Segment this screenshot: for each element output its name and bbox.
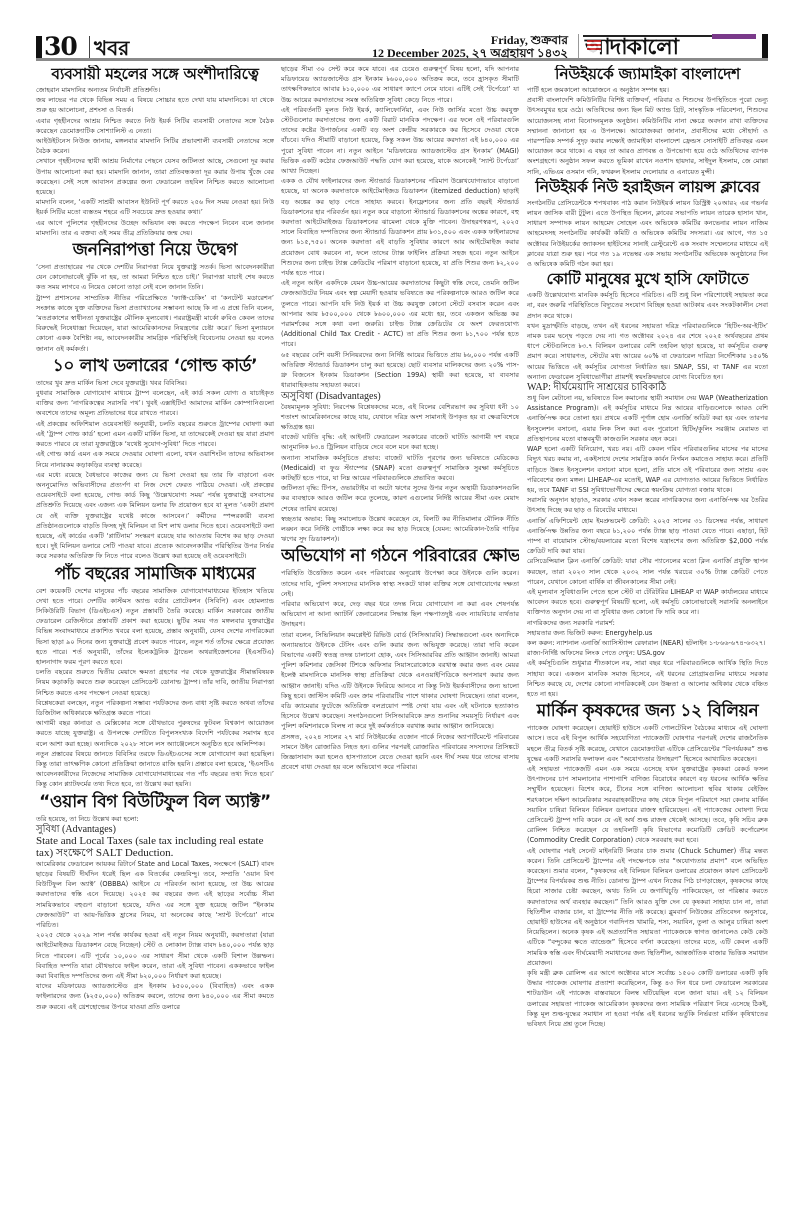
article-paragraph: একক ও যৌথ ফাইলারদের জন্য স্ট্যান্ডার্ড ড… [281, 176, 519, 278]
article-paragraph: বাজেট ঘাটতি বৃদ্ধি: এই আইনটি ফেডারেল সরক… [281, 432, 519, 452]
article-paragraph: পার্টি হলে জমকালো আয়োজনে এ অনুষ্ঠান সম্… [527, 85, 768, 95]
article-paragraph: চলতি বছরের শুরুতে দ্বিতীয় মেয়াদে ক্ষমত… [36, 667, 274, 698]
article-paragraph: কৃষি মন্ত্রী ব্রুক রোলিন্স এর আগে অক্টোব… [527, 968, 768, 1029]
headline-family-outrage: অভিযোগ না গঠনে পরিবারের ক্ষোভ [281, 545, 519, 567]
advice-label: নাগরিকদের জন্য সরকারি পরামর্শ: [527, 618, 768, 628]
article-paragraph: আইউইটনেস নিউজ জানায়, মঙ্গলবার মামদানি স… [36, 136, 274, 156]
article-paragraph: যখন মুদ্রাস্ফীতি বাড়ছে, তখন এই ধরনের সহ… [527, 321, 768, 382]
column-3: নিউইয়র্কে জ্যামাইকা বাংলাদেশ পার্টি হলে… [527, 64, 768, 1029]
dateline: Friday, শুক্রবার 12 December 2025, ২৭ অগ… [372, 34, 568, 60]
article-paragraph: নতুন প্রস্তাবের বিষয়ে জানতে বিবিসির তরফ… [36, 749, 274, 790]
article-paragraph: এই নতুন আইন একদিকে যেমন উচ্চ-আয়ের করদাত… [281, 278, 519, 349]
article-paragraph: বেশ কয়েকটি দেশের মানুষের পাঁচ বছরের সাম… [36, 586, 274, 668]
article-paragraph: সংগঠনটির প্রেসিডেন্টকে শপথবাক্য পাঠ করান… [527, 198, 768, 269]
article-paragraph: ‘সেনা প্রত্যাহারের পর থেকে দেশটির নিরাপত… [36, 262, 274, 293]
article-paragraph: এই পরিবর্তনটি মূলত নিউ ইয়র্ক, ক্যালিফোর… [281, 105, 519, 176]
headline-one-big-beautiful-bill: “ওয়ান বিগ বিউটিফুল বিল অ্যাক্ট” [36, 791, 274, 813]
article-paragraph: শুধু বিল মেটানো নয়, ভবিষ্যতে বিল কমানোর… [527, 393, 768, 444]
article-paragraph: এই মূল্যবান সুবিধাগুলি পেতে হলে স্টেট বা… [527, 587, 768, 618]
headline-public-safety: জননিরাপত্তা নিয়ে উদ্বেগ [36, 239, 274, 261]
newspaper-logo: আদাকালো [578, 34, 768, 60]
article-paragraph: পরিবার অভিযোগ করে, দেড় বছর ধরে তদন্ত নি… [281, 599, 519, 630]
advice-usa-gov-link[interactable]: রাজ্য-নির্দিষ্ট অফিসের লিংক পেতে দেখুন: … [527, 648, 768, 658]
logo-tag-badge [712, 34, 756, 39]
article-paragraph: এই ঘোষণার পরই সেনেট মাইনরিটি লিডার চাক শ… [527, 846, 768, 968]
article-paragraph: বৈষম্যমূলক সুবিধা: নিরপেক্ষ বিশ্লেষকদের … [281, 402, 519, 433]
article-paragraph: তাদের খুব দ্রুত মার্কিন ভিসা দেবে যুক্তর… [36, 378, 274, 388]
flag-icon [587, 40, 601, 52]
article-paragraph: বিশ্লেষকেরা বলছেন, নতুন পরিকল্পনা সম্ভাব… [36, 698, 274, 718]
article-paragraph: এই প্রকল্পের অফিশিয়াল ওয়েবসাইট অনুযায়… [36, 419, 274, 450]
article-paragraph: রেসিডেন্সিয়াল ক্লিন এনার্জি ক্রেডিট: যা… [527, 556, 768, 587]
article-paragraph: তারা বলেন, সিভিলিয়ান কমপ্লেইন্ট রিভিউ ব… [281, 630, 519, 732]
advice-visit-link[interactable]: সহায়তার জন্য ভিজিট করুন: Energyhelp.us [527, 628, 768, 638]
article-paragraph: এনার্জি এফিশিয়েন্ট হোম ইমপ্রুভমেন্ট ক্র… [527, 516, 768, 557]
article-paragraph: ট্রাম্প প্রশাসনের সাম্প্রতিক নীতির পরিপ্… [36, 293, 274, 354]
article-paragraph: মামদানি বলেন, ‘একটি সাশ্রয়ী আবাসন ইউনিট… [36, 197, 274, 217]
article-paragraph: এই গোল্ড কার্ড এমন এক সময়ে দেওয়ার ঘোষণ… [36, 449, 274, 469]
article-paragraph: এর মধ্যে রয়েছে বৈধভাবে কাজের জন্য যে ভি… [36, 470, 274, 562]
article-paragraph: সরাসরি অনুদান ছাড়াও, সরকার এখন সকল স্তর… [527, 495, 768, 515]
article-paragraph: প্রসঙ্গত, ২০২৪ সালের ২৭ মার্চ নিউইয়র্কে… [281, 732, 519, 773]
headline-social-media: পাঁচ বছরের সামাজিক মাধ্যমের [36, 563, 274, 585]
article-paragraph: পরিস্থিতি উত্তেজিত করেন এবং পরিবারের অনু… [281, 568, 519, 599]
headline-farmers-12-billion: মার্কিন কৃষকদের জন্য ১২ বিলিয়ন [527, 700, 768, 722]
article-paragraph: বুধবার সামাজিক যোগাযোগ মাধ্যমে ট্রাম্প ব… [36, 388, 274, 419]
article-paragraph: জটিলতা বৃদ্ধি: টিপস, ওভারটাইম বা অটো ঋণে… [281, 483, 519, 514]
article-paragraph: যাদের মডিফায়েড অ্যাডজাস্টেড গ্রস ইনকাম … [36, 981, 274, 1012]
article-paragraph: ছাড়ের সীমা ৩০ সেন্ট করে কমে যাবে। এর চে… [281, 64, 519, 105]
column-1: ব্যবসায়ী মহলের সঙ্গে অংশীদারিত্বে জোহরা… [36, 64, 274, 1012]
article-paragraph: সেখানে গৃহহীনদের স্থায়ী আশ্রয় নির্মাণে… [36, 156, 274, 197]
article-paragraph: জয় লাভের পর থেকে বিভিন্ন সময় এ বিষয়ে … [36, 95, 274, 115]
divider [89, 36, 90, 58]
headline-business-partnership: ব্যবসায়ী মহলের সঙ্গে অংশীদারিত্বে [36, 65, 274, 84]
section-name: খবর [94, 34, 129, 67]
article-paragraph: জোহরান মামদানির অন্যতম নির্বাচনী প্রতিশ্… [36, 85, 274, 95]
logo-bar [762, 34, 768, 60]
page-number-bar [36, 36, 42, 58]
advice-hotline: কল করুন: ন্যাশনাল এনার্জি অ্যাসিস্ট্যান্… [527, 638, 768, 648]
article-paragraph: তরি হয়েছে, তা নিচে উল্লেখ করা হলো: [36, 814, 274, 824]
article-paragraph: প্যাকেজ ঘোষণা করেছেন। হোয়াইট হাউসে একটি… [527, 723, 768, 764]
header-rule [36, 58, 768, 61]
article-paragraph: WAP হলো একটি বিনিয়োগ, খরচ নয়। এটি কেবল… [527, 444, 768, 495]
advantages-label: সুবিধা (Advantages) [36, 824, 274, 835]
headline-lions-club: নিউইয়র্ক নিউ হরাইজন লায়ন্স ক্লাবের [527, 178, 768, 197]
masthead: 30 খবর Friday, শুক্রবার 12 December 2025… [36, 34, 768, 58]
headline-jamaica-bangladesh: নিউইয়র্কে জ্যামাইকা বাংলাদেশ [527, 65, 768, 84]
headline-millions-smile: কোটি মানুষের মুখে হাসি ফোটাতে [527, 270, 768, 289]
article-paragraph: ২০২৫ থেকে ২০২৯ সাল পর্যন্ত কার্যকর হওয়া… [36, 930, 274, 981]
article-paragraph: স্বচ্ছতার অভাব: কিছু সমালোচক উল্লেখ করেছ… [281, 514, 519, 545]
article-paragraph: প্রবাসী বাংলাদেশি কমিউনিটির বিশিষ্ট ব্যক… [527, 95, 768, 177]
page-number: 30 [44, 32, 77, 61]
article-paragraph: ৬৫ বছরের বেশি বয়সী সিনিয়রদের জন্য নির্… [281, 350, 519, 391]
article-paragraph: এই কর্মসূচিগুলি শুধুমাত্র শীতকালে নয়, স… [527, 658, 768, 699]
column-2: ছাড়ের সীমা ৩০ সেন্ট করে কমে যাবে। এর চে… [281, 64, 519, 772]
wap-title: WAP: দীর্ঘমেয়াদি সাশ্রয়ের চাবিকাঠি [527, 382, 768, 393]
headline-gold-card: ১০ লাখ ডলারের ‘গোল্ড কার্ড’ [36, 355, 274, 377]
article-paragraph: অন্যান্য সামাজিক কর্মসূচিতে প্রভাব: বাজে… [281, 453, 519, 484]
article-paragraph: একটি উল্লেখযোগ্য মানবিক কর্মসূচি হিসেবে … [527, 290, 768, 321]
salt-title: State and Local Taxes (sale tax includin… [36, 835, 274, 859]
article-paragraph: আগামী বছর কানাডা ও মেক্সিকোর সঙ্গে যৌথভা… [36, 718, 274, 749]
article-paragraph: এর আগে পুলিশের গৃহহীনদের উচ্ছেদ অভিযান ব… [36, 218, 274, 238]
article-paragraph: এবার গৃহহীনদের আশ্রয় নিশ্চিত করতে নিউ ই… [36, 116, 274, 136]
disadvantages-label: অসুবিধা (Disadvantages) [281, 391, 519, 402]
article-paragraph: আমেরিকার ফেডারেল আয়কর রিটার্নে State an… [36, 859, 274, 930]
article-paragraph: এই সহায়তা প্যাকেজটি এমন এক সময়ে এসেছে … [527, 764, 768, 846]
dateline-day: Friday, শুক্রবার [372, 34, 568, 46]
